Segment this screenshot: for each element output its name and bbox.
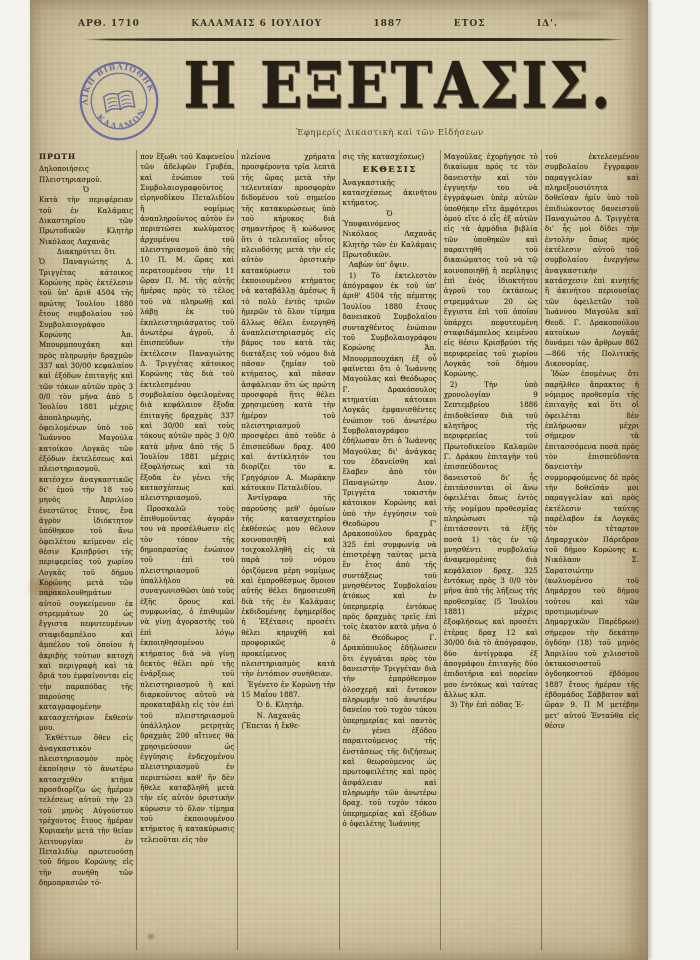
paragraph: Ὑποφαινόμενος Νικόλαος Λαχανᾶς Κλητὴρ τῶ… <box>343 219 437 260</box>
paragraph: Προσκαλῶ τοὺς ἐπιθυμοῦντας ἀγοράν του νὰ… <box>140 504 234 845</box>
paragraph: Ὁ Παναγιώτης Δ. Τριγγέτας κάτοικος Κορών… <box>39 257 133 733</box>
text-column-3: πλείονα χρήματα προσφέροντα τρία λεπτὰ τ… <box>237 150 338 950</box>
paragraph: Κατὰ τὴν περιφέρειαν τοῦ ἐν Καλάμαις Δικ… <box>39 195 133 247</box>
newspaper-page: ΑΡΘ. 1710 ΚΑΛΑΜΑΙΣ 6 ΙΟΥΛΙΟΥ 1887 ΕΤΟΣ Ι… <box>30 0 648 960</box>
svg-text:ΛΑΪΚΗ ΒΙΒΛΙΟΘΗΚΗ: ΛΑΪΚΗ ΒΙΒΛΙΟΘΗΚΗ <box>69 51 157 109</box>
paragraph: Ὁ <box>343 209 437 219</box>
paragraph: 3) Τὴν ἐπὶ πόδας Ἐ- <box>444 700 538 710</box>
paragraph: πλείονα χρήματα προσφέροντα τρία λεπτὰ τ… <box>241 152 335 493</box>
text-column-2: πον ἔξωθι τοῦ Καφενείου τῶν ἀδελφῶν Γρυβ… <box>136 150 237 950</box>
etos-value: ΙΔ'. <box>537 19 558 29</box>
paragraph: Διακηρύττει ὅτι <box>39 247 133 257</box>
paragraph: τοῦ ἐκτελεσμένου συμβολαίου ἔγγραφον παρ… <box>545 152 639 369</box>
paragraph: ΠΡΩΤΗ <box>39 152 133 162</box>
paragraph: Ἐγένετο ἐν Κορώνῃ τὴν 15 Μαΐου 1887. <box>241 680 335 701</box>
article-columns: ΠΡΩΤΗΔηλοποιήσεις Πλειστηριασμοῦ.ὉΚατὰ τ… <box>36 150 642 950</box>
stamp-text-top: ΛΑΪΚΗ ΒΙΒΛΙΟΘΗΚΗ <box>69 51 157 109</box>
masthead-title: Η ΕΞΕΤΑΣΙΣ. <box>183 40 612 131</box>
masthead-subtitle: Ἐφημερίς Δικαστικὴ καὶ τῶν Εἰδήσεων <box>190 128 590 138</box>
text-column-6: τοῦ ἐκτελεσμένου συμβολαίου ἔγγραφον παρ… <box>541 150 642 950</box>
scanned-newspaper-screenshot: { "header": { "issue_label": "ΑΡΘ. 1710"… <box>0 0 700 960</box>
paragraph: Ὁ δ. Κλητήρ. <box>241 700 335 710</box>
paragraph: ΕΚΘΕΣΙΣ <box>343 165 437 175</box>
dateline-row: ΑΡΘ. 1710 ΚΑΛΑΜΑΙΣ 6 ΙΟΥΛΙΟΥ 1887 ΕΤΟΣ Ι… <box>78 16 558 32</box>
paragraph: Ἀντίγραφα τῆς παρούσης μεθ' ὁμοίων τῆς κ… <box>241 493 335 679</box>
paragraph: Ὁ <box>39 185 133 195</box>
year: 1887 <box>373 19 402 29</box>
paragraph: πον ἔξωθι τοῦ Καφενείου τῶν ἀδελφῶν Γρυβ… <box>140 152 234 504</box>
paragraph: σις τῆς κατασχέσεως) <box>343 152 437 162</box>
text-column-4: σις τῆς κατασχέσεως)ΕΚΘΕΣΙΣἈναγκαστικῆς … <box>339 150 440 950</box>
paragraph: Ν. Λαχανᾶς <box>241 711 335 721</box>
paragraph: Λαβὼν ὑπ' ὄψιν. <box>343 260 437 270</box>
paragraph: (Ἕπεται ἡ ἔκθε- <box>241 721 335 731</box>
text-column-1: ΠΡΩΤΗΔηλοποιήσεις Πλειστηριασμοῦ.ὉΚατὰ τ… <box>36 150 136 950</box>
open-book-icon <box>103 90 134 112</box>
text-column-5: Μαγούλας ἐχορήγησε τὸ δικαίωμα πρός τε τ… <box>440 150 541 950</box>
paragraph: Δηλοποιήσεις Πλειστηριασμοῦ. <box>39 164 133 185</box>
issue-number: ΑΡΘ. 1710 <box>78 19 140 29</box>
paragraph: Ἰδὼν ἐπομένως ὅτι παρῆλθεν ἄπρακτος ἡ νό… <box>545 369 639 731</box>
paragraph: 1) Τὸ ἐκτελεστὸν ἀπόγραφον ἐκ τοῦ ὑπ' ἀρ… <box>343 271 437 830</box>
paragraph: 2) Τὴν ὑπὸ χρονολογίαν 9 Σεπτεμβρίου 188… <box>444 380 538 701</box>
etos-label: ΕΤΟΣ <box>454 19 486 29</box>
masthead: Η ΕΞΕΤΑΣΙΣ. <box>148 46 648 130</box>
paragraph: Ἀναγκαστικῆς κατασχέσεως ἀκινήτου κτήματ… <box>343 178 437 209</box>
place-date: ΚΑΛΑΜΑΙΣ 6 ΙΟΥΛΙΟΥ <box>191 19 322 29</box>
paragraph: Ἐκθέττων ὅθεν εἰς ἀναγκαστικὸν πλειστηρι… <box>39 733 133 888</box>
paragraph: Μαγούλας ἐχορήγησε τὸ δικαίωμα πρός τε τ… <box>444 152 538 380</box>
